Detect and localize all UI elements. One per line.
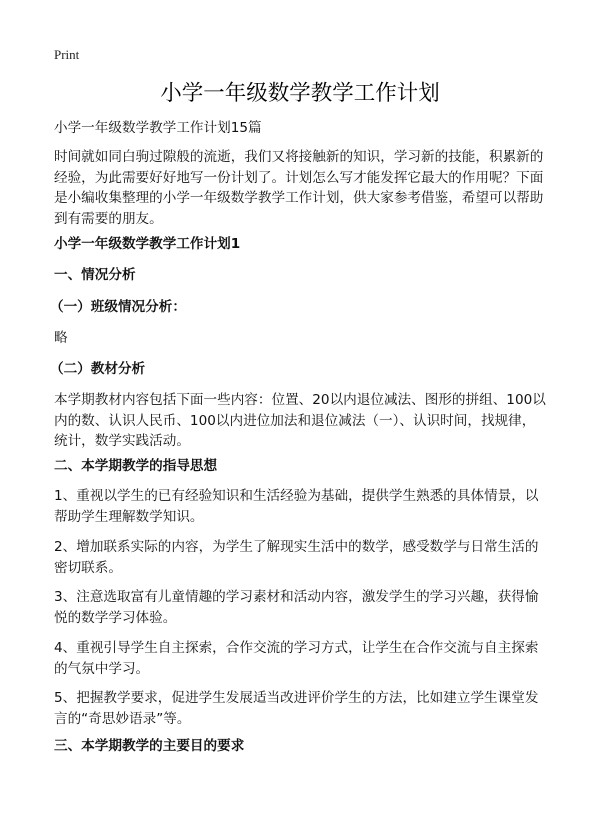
intro-line: 到有需要的朋友。	[54, 209, 543, 230]
guideline-line: 言的“奇思妙语录”等。	[54, 709, 538, 730]
textbook-line: 统计，数学实践活动。	[54, 431, 546, 452]
intro-line: 时间就如同白驹过隙般的流逝，我们又将接触新的知识，学习新的技能，积累新的	[54, 147, 543, 168]
guideline-item-2: 2、增加联系实际的内容，为学生了解现实生活中的数学，感受数学与日常生活的 密切联…	[54, 537, 538, 578]
textbook-line: 本学期教材内容包括下面一些内容：位置、20以内退位减法、图形的拼组、100以	[54, 390, 546, 411]
guideline-item-4: 4、重视引导学生自主探索，合作交流的学习方式，让学生在合作交流与自主探索 的气氛…	[54, 638, 538, 679]
guideline-line: 悦的数学学习体验。	[54, 608, 538, 629]
guideline-item-3: 3、注意选取富有儿童情趣的学习素材和活动内容，激发学生的学习兴趣，获得愉 悦的数…	[54, 587, 538, 628]
guideline-line: 帮助学生理解数学知识。	[54, 507, 538, 528]
guideline-line: 的气氛中学习。	[54, 659, 538, 680]
guideline-line: 3、注意选取富有儿童情趣的学习素材和活动内容，激发学生的学习兴趣，获得愉	[54, 587, 538, 608]
subsection-heading-class-analysis: （一）班级情况分析：	[50, 297, 186, 317]
guideline-line: 4、重视引导学生自主探索，合作交流的学习方式，让学生在合作交流与自主探索	[54, 638, 538, 659]
textbook-analysis-paragraph: 本学期教材内容包括下面一些内容：位置、20以内退位减法、图形的拼组、100以 内…	[54, 390, 546, 452]
section-heading-guiding-ideology: 二、本学期教学的指导思想	[54, 456, 217, 476]
plan-heading: 小学一年级数学教学工作计划1	[54, 234, 240, 254]
intro-paragraph: 时间就如同白驹过隙般的流逝，我们又将接触新的知识，学习新的技能，积累新的 经验，…	[54, 147, 543, 229]
section-heading-situation-analysis: 一、情况分析	[54, 265, 136, 285]
class-analysis-text: 略	[54, 328, 68, 348]
textbook-line: 内的数、认识人民币、100以内进位加法和退位减法（一）、认识时间，找规律，	[54, 411, 546, 432]
guideline-line: 2、增加联系实际的内容，为学生了解现实生活中的数学，感受数学与日常生活的	[54, 537, 538, 558]
guideline-line: 5、把握教学要求，促进学生发展适当改进评价学生的方法，比如建立学生课堂发	[54, 688, 538, 709]
section-heading-main-objectives: 三、本学期教学的主要目的要求	[54, 736, 244, 756]
document-subtitle: 小学一年级数学教学工作计划15篇	[54, 118, 262, 138]
print-link[interactable]: Print	[54, 46, 79, 64]
subsection-heading-textbook-analysis: （二）教材分析	[50, 359, 145, 379]
intro-line: 是小编收集整理的小学一年级数学教学工作计划，供大家参考借鉴，希望可以帮助	[54, 188, 543, 209]
guideline-line: 1、重视以学生的已有经验知识和生活经验为基础，提供学生熟悉的具体情景，以	[54, 486, 538, 507]
guideline-line: 密切联系。	[54, 558, 538, 579]
guideline-item-5: 5、把握教学要求，促进学生发展适当改进评价学生的方法，比如建立学生课堂发 言的“…	[54, 688, 538, 729]
page-title: 小学一年级数学教学工作计划	[0, 80, 600, 108]
document-page: Print 小学一年级数学教学工作计划 小学一年级数学教学工作计划15篇 时间就…	[0, 0, 600, 828]
guideline-item-1: 1、重视以学生的已有经验知识和生活经验为基础，提供学生熟悉的具体情景，以 帮助学…	[54, 486, 538, 527]
intro-line: 经验，为此需要好好地写一份计划了。计划怎么写才能发挥它最大的作用呢？下面	[54, 168, 543, 189]
